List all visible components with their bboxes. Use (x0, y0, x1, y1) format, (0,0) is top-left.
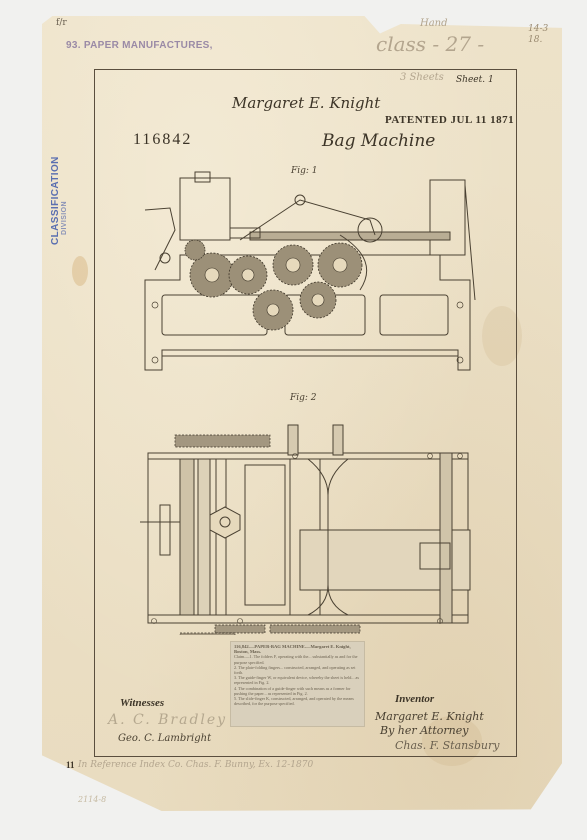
clipping-claim: Claim.—1. The folders F, operating with … (234, 654, 361, 664)
clipping-claim: 3. The guide-finger W, or equivalent dev… (234, 675, 361, 685)
inventor-name-header: Margaret E. Knight (232, 94, 380, 112)
patent-date-stamp: PATENTED JUL 11 1871 (385, 114, 514, 126)
pencil-corner-note: 14-3 18. (528, 24, 552, 46)
witnesses-heading: Witnesses (120, 697, 164, 709)
bottom-mark: 11 (66, 760, 75, 770)
fig2-label: Fig: 2 (290, 393, 317, 403)
witness-signature-2: Geo. C. Lambright (118, 733, 211, 744)
clipping-claim: 2. The plate-folding fingers... construc… (234, 665, 361, 675)
newspaper-clipping: 116,842.—PAPER-BAG MACHINE.—Margaret E. … (230, 641, 365, 727)
clipping-heading: 116,842.—PAPER-BAG MACHINE.—Margaret E. … (234, 644, 361, 654)
patent-number: 116842 (133, 131, 192, 149)
paper-manufactures-stamp: 93. PAPER MANUFACTURES, (66, 40, 213, 51)
pencil-hand-note: Hand (420, 18, 448, 29)
top-mark: f/r (56, 18, 67, 28)
bottom-pencil-number: 2114-8 (78, 795, 106, 804)
fig2-plan-view-drawing (140, 415, 480, 635)
attorney-signature: Chas. F. Stansbury (395, 739, 499, 752)
clipping-claim: 4. The combination of a guide-finger wit… (234, 686, 361, 696)
inventor-heading: Inventor (395, 693, 434, 705)
bottom-pencil-note: In Reference Index Co. Chas. F. Bunny, E… (78, 760, 313, 770)
witness-signature-1: A. C. Bradley (108, 712, 227, 728)
classification-stamp: CLASSIFICATION DIVISION (50, 156, 68, 245)
sheets-note: 3 Sheets (400, 72, 444, 83)
pencil-class-note: class - 27 - (376, 32, 484, 56)
fig1-side-elevation-drawing (140, 170, 480, 380)
clipping-claim: 5. The slide-finger K, constructed, arra… (234, 696, 361, 706)
invention-title: Bag Machine (322, 131, 435, 151)
sheet-number: Sheet. 1 (456, 75, 494, 85)
attorney-byline: By her Attorney (380, 724, 468, 737)
inventor-signature: Margaret E. Knight (375, 710, 484, 723)
